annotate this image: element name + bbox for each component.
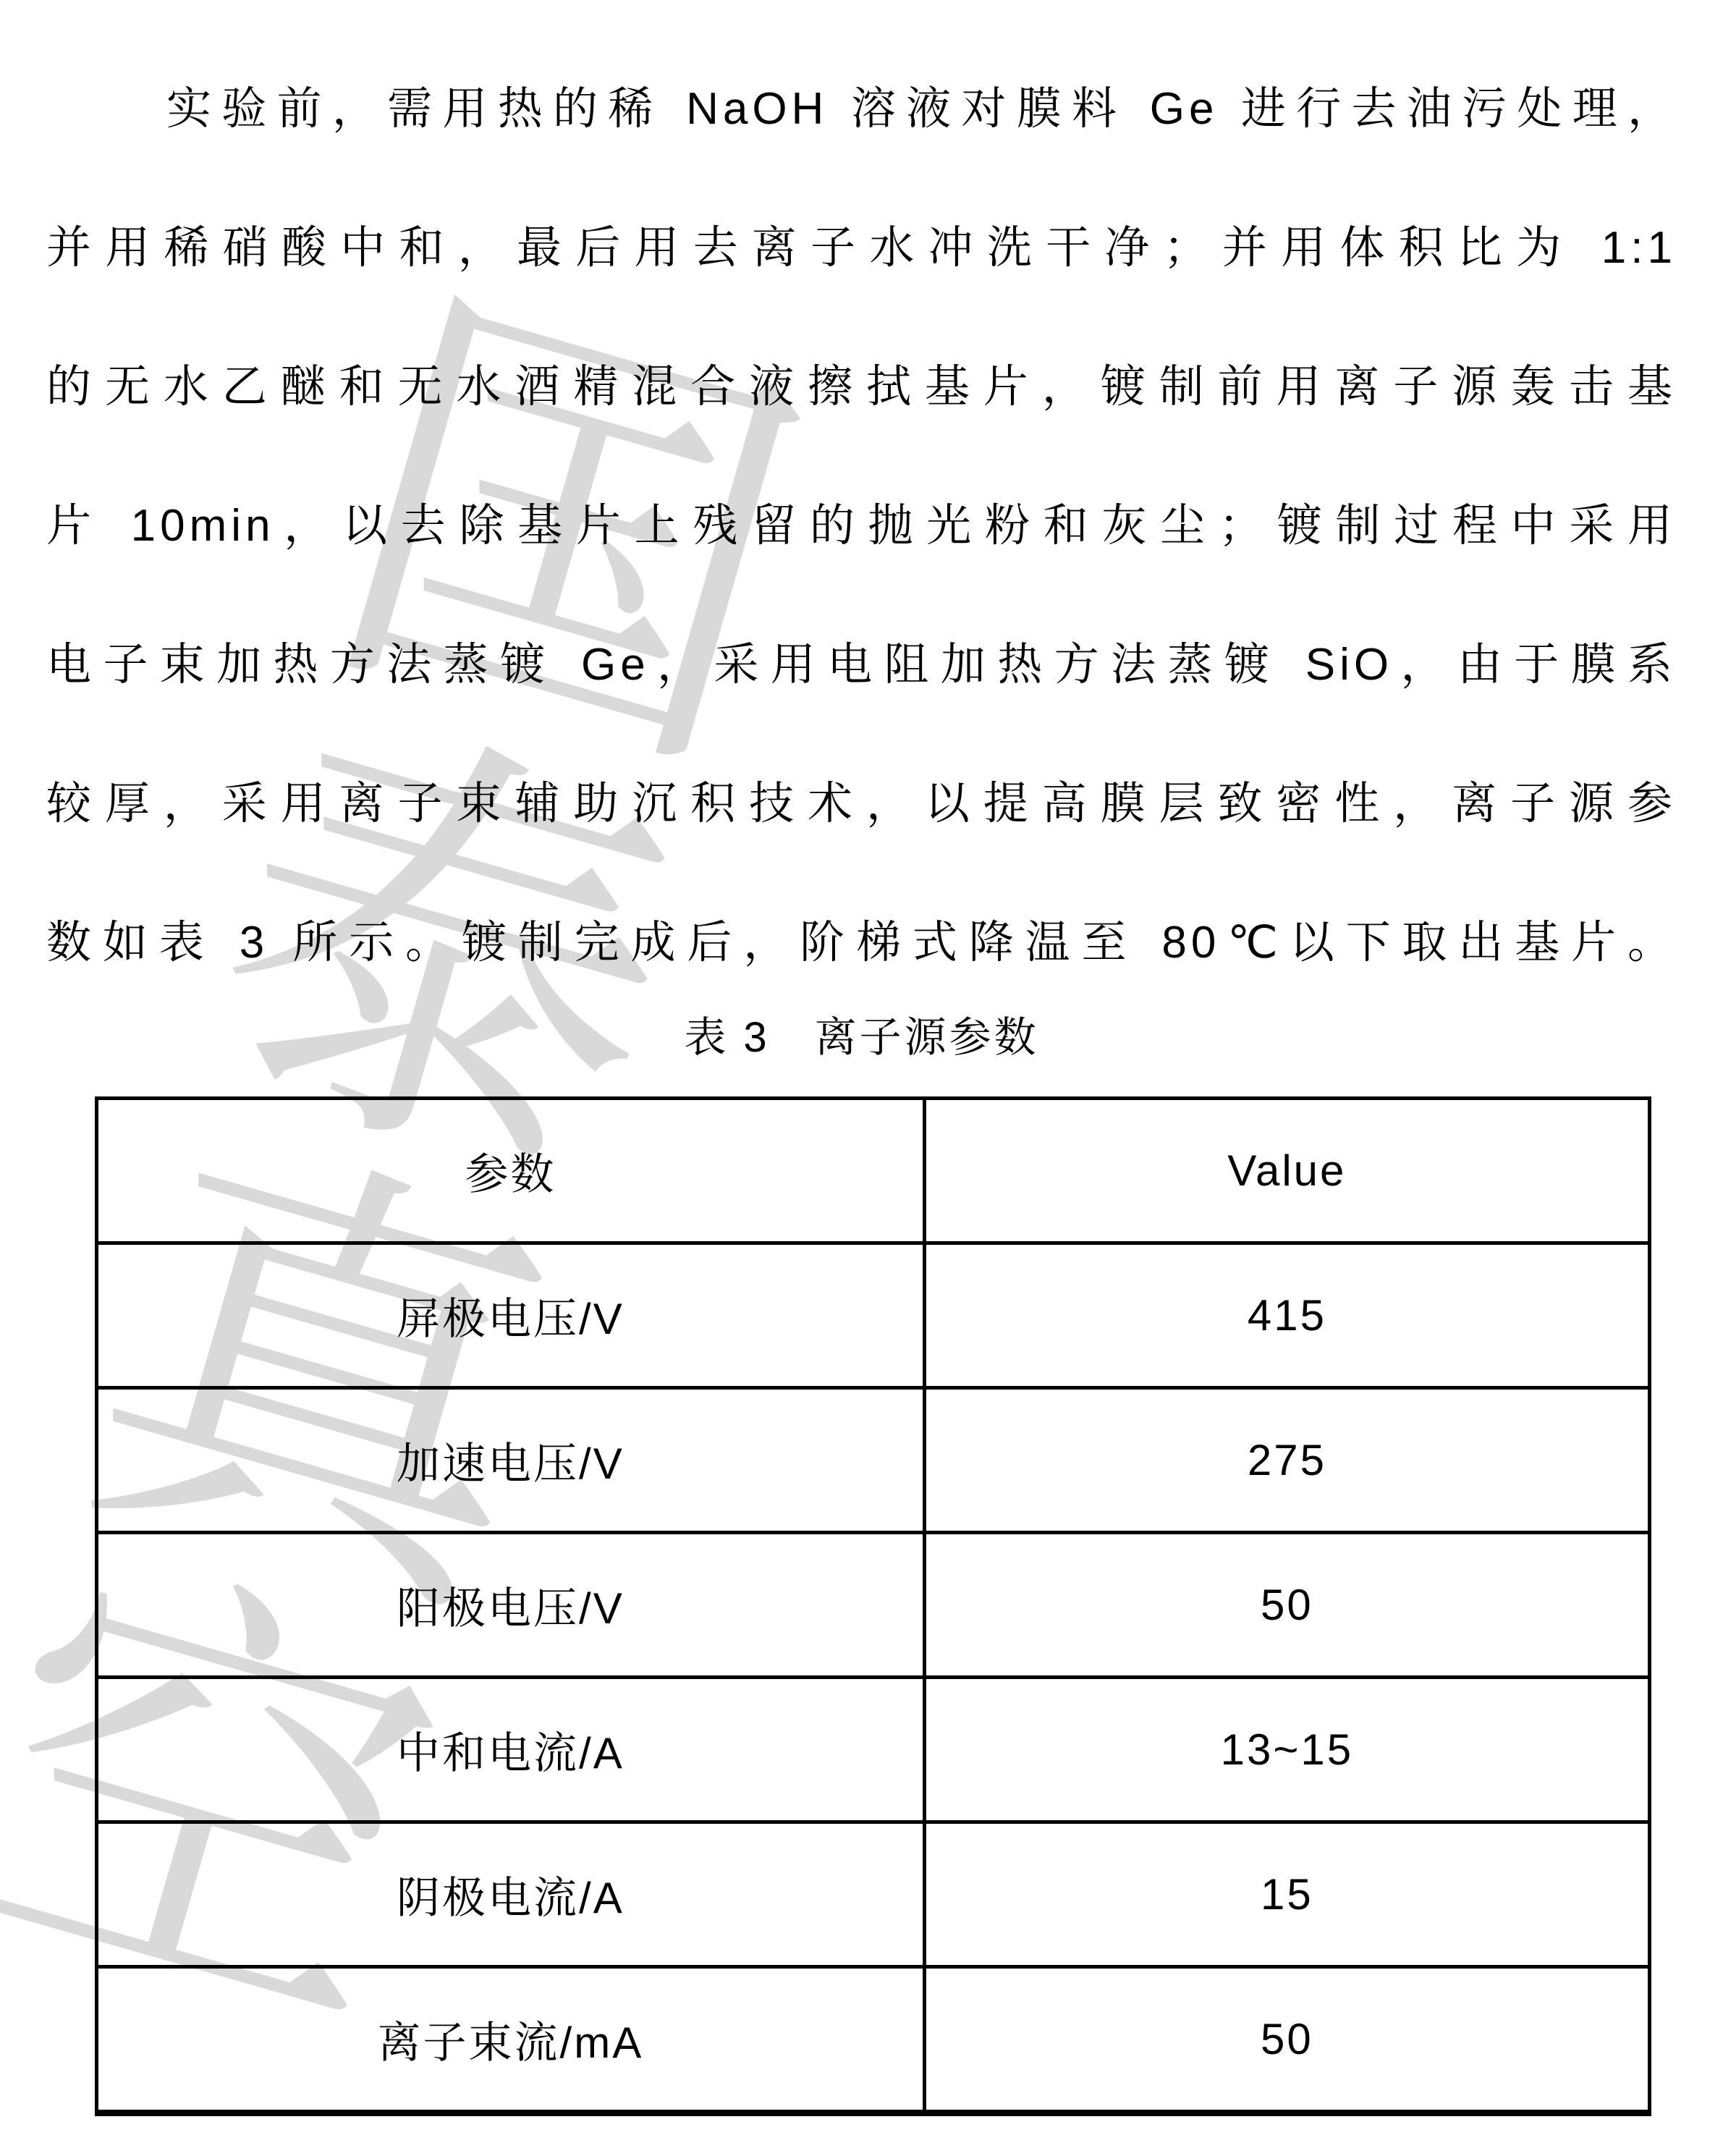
header-cell-param: 参数 xyxy=(97,1099,925,1243)
table-row: 阳极电压/V 50 xyxy=(97,1533,1650,1678)
paragraph-line: 实验前，需用热的稀 NaOH 溶液对膜料 Ge 进行去油污处理， xyxy=(46,40,1677,179)
value-cell: 275 xyxy=(924,1388,1649,1533)
param-cell: 加速电压/V xyxy=(97,1388,925,1533)
paragraph-line: 的无水乙醚和无水酒精混合液擦拭基片，镀制前用离子源轰击基 xyxy=(46,318,1677,457)
paragraph-line: 数如表 3 所示。镀制完成后，阶梯式降温至 80℃以下取出基片。 xyxy=(46,874,1677,1013)
table-row: 阴极电流/A 15 xyxy=(97,1822,1650,1967)
value-cell: 50 xyxy=(924,1533,1649,1678)
value-cell: 13~15 xyxy=(924,1678,1649,1822)
table-header-row: 参数 Value xyxy=(97,1099,1650,1243)
value-cell: 415 xyxy=(924,1243,1649,1388)
paragraph-line: 较厚，采用离子束辅助沉积技术，以提高膜层致密性，离子源参 xyxy=(46,735,1677,874)
table-row: 屏极电压/V 415 xyxy=(97,1243,1650,1388)
paragraph-line: 片 10min，以去除基片上残留的抛光粉和灰尘；镀制过程中采用 xyxy=(46,457,1677,596)
ion-source-params-table: 参数 Value 屏极电压/V 415 加速电压/V 275 阳极电压/V 50… xyxy=(95,1096,1651,2116)
value-cell: 50 xyxy=(924,1967,1649,2113)
page-content: 实验前，需用热的稀 NaOH 溶液对膜料 Ge 进行去油污处理， 并用稀硝酸中和… xyxy=(0,0,1723,2116)
param-cell: 阴极电流/A xyxy=(97,1822,925,1967)
param-cell: 中和电流/A xyxy=(97,1678,925,1822)
table-caption: 表 3 离子源参数 xyxy=(0,1013,1723,1096)
table-row: 离子束流/mA 50 xyxy=(97,1967,1650,2113)
value-cell: 15 xyxy=(924,1822,1649,1967)
param-cell: 屏极电压/V xyxy=(97,1243,925,1388)
document-page: 国泰真空 实验前，需用热的稀 NaOH 溶液对膜料 Ge 进行去油污处理， 并用… xyxy=(0,0,1723,2156)
body-paragraph: 实验前，需用热的稀 NaOH 溶液对膜料 Ge 进行去油污处理， 并用稀硝酸中和… xyxy=(0,0,1723,1013)
param-cell: 阳极电压/V xyxy=(97,1533,925,1678)
table-row: 中和电流/A 13~15 xyxy=(97,1678,1650,1822)
table-row: 加速电压/V 275 xyxy=(97,1388,1650,1533)
param-cell: 离子束流/mA xyxy=(97,1967,925,2113)
header-cell-value: Value xyxy=(924,1099,1649,1243)
paragraph-line: 并用稀硝酸中和，最后用去离子水冲洗干净；并用体积比为 1:1 xyxy=(46,179,1677,318)
paragraph-line: 电子束加热方法蒸镀 Ge，采用电阻加热方法蒸镀 SiO，由于膜系 xyxy=(46,596,1677,735)
